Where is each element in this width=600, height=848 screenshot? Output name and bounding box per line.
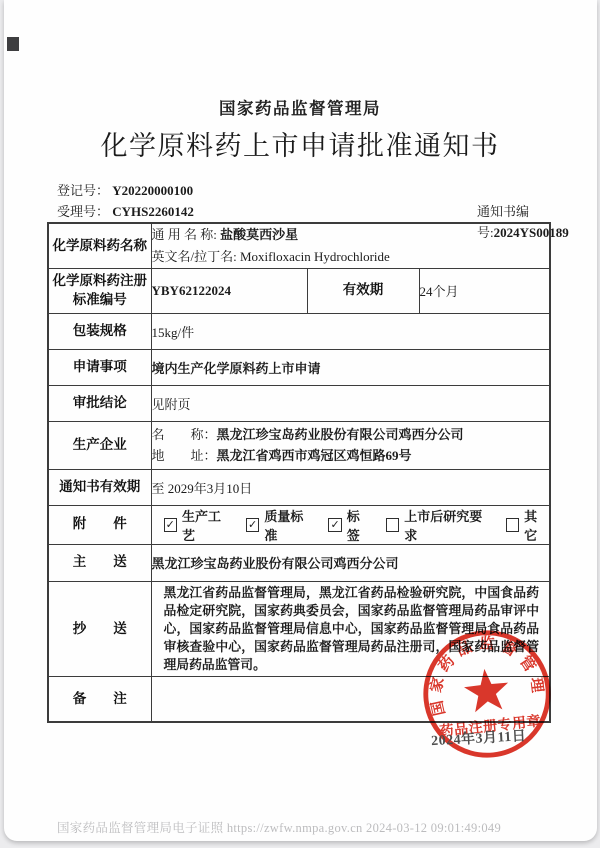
attachment-item: ✓质量标准: [246, 506, 314, 544]
table-row-main-recipient: 主 送 黑龙江珍宝岛药业股份有限公司鸡西分公司: [48, 544, 550, 581]
drug-name-cell: 通 用 名 称: 盐酸莫西沙星 英文名/拉丁名: Moxifloxacin Hy…: [151, 223, 550, 268]
validity-value: 24个月: [419, 268, 550, 313]
attachment-label: 质量标准: [264, 506, 314, 544]
manufacturer-cell: 名 称：黑龙江珍宝岛药业股份有限公司鸡西分公司 地 址：黑龙江省鸡西市鸡冠区鸡恒…: [151, 421, 550, 469]
cc-label: 抄 送: [48, 581, 151, 677]
electronic-certificate-footer: 国家药品监督管理局电子证照 https://zwfw.nmpa.gov.cn 2…: [57, 818, 557, 836]
conclusion-value: 见附页: [151, 385, 550, 421]
table-row-conclusion: 审批结论 见附页: [48, 385, 550, 421]
table-row-drug-name: 化学原料药名称 通 用 名 称: 盐酸莫西沙星 英文名/拉丁名: Moxiflo…: [48, 223, 550, 268]
document-screenshot: 国家药品监督管理局 化学原料药上市申请批准通知书 登记号： Y202200001…: [0, 0, 600, 848]
checkbox-label: ✓: [328, 518, 341, 532]
acceptance-no-line: 受理号： CYHS2260142: [57, 201, 547, 222]
package-label: 包装规格: [48, 313, 151, 349]
validity-label: 有效期: [307, 268, 419, 313]
manufacturer-addr-line: 地 址：黑龙江省鸡西市鸡冠区鸡恒路69号: [152, 445, 550, 466]
manufacturer-name-line: 名 称：黑龙江珍宝岛药业股份有限公司鸡西分公司: [152, 424, 550, 445]
meta-block: 登记号： Y20220000100 受理号： CYHS2260142 通知书编号…: [57, 180, 547, 222]
attachment-label: 上市后研究要求: [404, 506, 491, 544]
attachment-label: 生产工艺: [182, 506, 232, 544]
attachment-item: ✓标签: [328, 506, 371, 544]
attachment-label: 标签: [347, 506, 372, 544]
notice-no-line: 通知书编号:2024YS00189: [477, 201, 569, 222]
registration-no-label: 登记号：: [57, 183, 109, 198]
english-name-value: Moxifloxacin Hydrochloride: [240, 249, 390, 264]
generic-name-line: 通 用 名 称: 盐酸莫西沙星: [152, 224, 550, 245]
manufacturer-name-label: 名 称：: [152, 427, 217, 442]
generic-name-value: 盐酸莫西沙星: [220, 227, 298, 242]
checkbox-post-market-study: [386, 518, 400, 532]
application-label: 申请事项: [48, 349, 151, 385]
attachments-label: 附 件: [48, 505, 151, 544]
table-row-attachments: 附 件 ✓生产工艺 ✓质量标准 ✓标签 上市后研究要求 其它: [48, 505, 550, 544]
table-row-notice-validity: 通知书有效期 至 2029年3月10日: [48, 469, 550, 505]
scan-artifact-square: [7, 37, 19, 51]
manufacturer-name-value: 黑龙江珍宝岛药业股份有限公司鸡西分公司: [217, 427, 464, 442]
notice-validity-value: 至 2029年3月10日: [151, 469, 550, 505]
application-value: 境内生产化学原料药上市申请: [151, 349, 550, 385]
manufacturer-addr-label: 地 址：: [152, 448, 217, 463]
drug-name-label: 化学原料药名称: [48, 223, 151, 268]
document-title: 化学原料药上市申请批准通知书: [0, 124, 600, 163]
generic-name-label: 通 用 名 称:: [152, 227, 221, 242]
table-row-standard-no: 化学原料药注册 标准编号 YBY62122024 有效期 24个月: [48, 268, 550, 313]
attachments-list: ✓生产工艺 ✓质量标准 ✓标签 上市后研究要求 其它: [152, 506, 550, 544]
checkbox-production-process: ✓: [164, 518, 178, 532]
checkbox-quality-standard: ✓: [246, 518, 260, 532]
attachment-item: ✓生产工艺: [164, 506, 232, 544]
attachment-label: 其它: [524, 506, 549, 544]
conclusion-label: 审批结论: [48, 385, 151, 421]
attachments-cell: ✓生产工艺 ✓质量标准 ✓标签 上市后研究要求 其它: [151, 505, 550, 544]
table-row-application: 申请事项 境内生产化学原料药上市申请: [48, 349, 550, 385]
remarks-label: 备 注: [48, 677, 151, 722]
table-row-manufacturer: 生产企业 名 称：黑龙江珍宝岛药业股份有限公司鸡西分公司 地 址：黑龙江省鸡西市…: [48, 421, 550, 469]
agency-name: 国家药品监督管理局: [0, 95, 600, 119]
registration-no-line: 登记号： Y20220000100: [57, 180, 547, 201]
acceptance-no-label: 受理号：: [57, 204, 109, 219]
standard-no-label-line1: 化学原料药注册: [49, 272, 151, 290]
notice-validity-label: 通知书有效期: [48, 469, 151, 505]
manufacturer-addr-value: 黑龙江省鸡西市鸡冠区鸡恒路69号: [217, 448, 412, 463]
english-name-label: 英文名/拉丁名:: [152, 249, 240, 264]
attachment-item: 上市后研究要求: [386, 506, 492, 544]
checkbox-other: [506, 518, 519, 532]
registration-no-value: Y20220000100: [112, 183, 193, 198]
package-value: 15kg/件: [151, 313, 550, 349]
table-row-package: 包装规格 15kg/件: [48, 313, 550, 349]
manufacturer-label: 生产企业: [48, 421, 151, 469]
attachment-item: 其它: [506, 506, 549, 544]
standard-no-value: YBY62122024: [151, 268, 307, 313]
english-name-line: 英文名/拉丁名: Moxifloxacin Hydrochloride: [152, 246, 550, 267]
standard-no-label-line2: 标准编号: [49, 291, 151, 309]
main-recipient-label: 主 送: [48, 544, 151, 581]
acceptance-no-value: CYHS2260142: [112, 204, 194, 219]
standard-no-label: 化学原料药注册 标准编号: [48, 268, 151, 313]
seal-star-icon: [462, 667, 510, 714]
main-recipient-value: 黑龙江珍宝岛药业股份有限公司鸡西分公司: [151, 544, 550, 581]
